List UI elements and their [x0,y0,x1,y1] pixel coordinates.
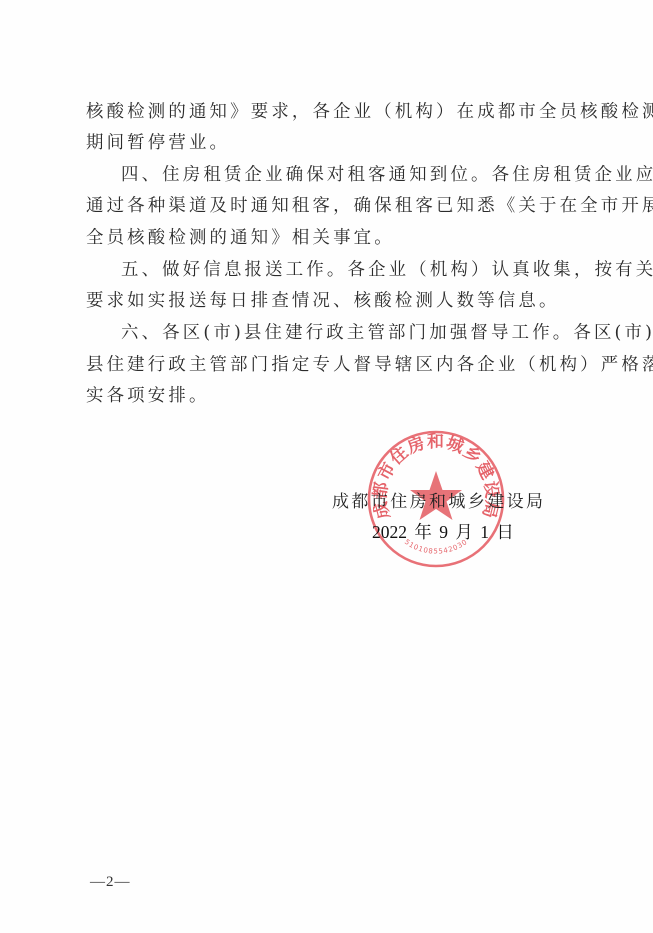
issue-date: 2022 年 9 月 1 日 [372,522,514,542]
paragraph-line: 要求如实报送每日排查情况、核酸检测人数等信息。 [86,291,578,311]
paragraph-line: 六、各区(市)县住建行政主管部门加强督导工作。各区(市) [121,323,578,343]
paragraph-line: 四、住房租赁企业确保对租客通知到位。各住房租赁企业应 [121,165,578,185]
paragraph-line: 全员核酸检测的通知》相关事宜。 [86,228,578,248]
document-page: 核酸检测的通知》要求，各企业（机构）在成都市全员核酸检测 期间暂停营业。 四、住… [0,0,653,933]
page-number: —2— [90,874,131,891]
paragraph-line: 通过各种渠道及时通知租客，确保租客已知悉《关于在全市开展 [86,196,578,216]
issuer-signature: 成都市住房和城乡建设局 [332,492,545,512]
paragraph-line: 核酸检测的通知》要求，各企业（机构）在成都市全员核酸检测 [86,102,578,122]
paragraph-line: 期间暂停营业。 [86,133,578,153]
paragraph-line: 五、做好信息报送工作。各企业（机构）认真收集，按有关 [121,260,578,280]
paragraph-line: 实各项安排。 [86,386,578,406]
paragraph-line: 县住建行政主管部门指定专人督导辖区内各企业（机构）严格落 [86,355,578,375]
